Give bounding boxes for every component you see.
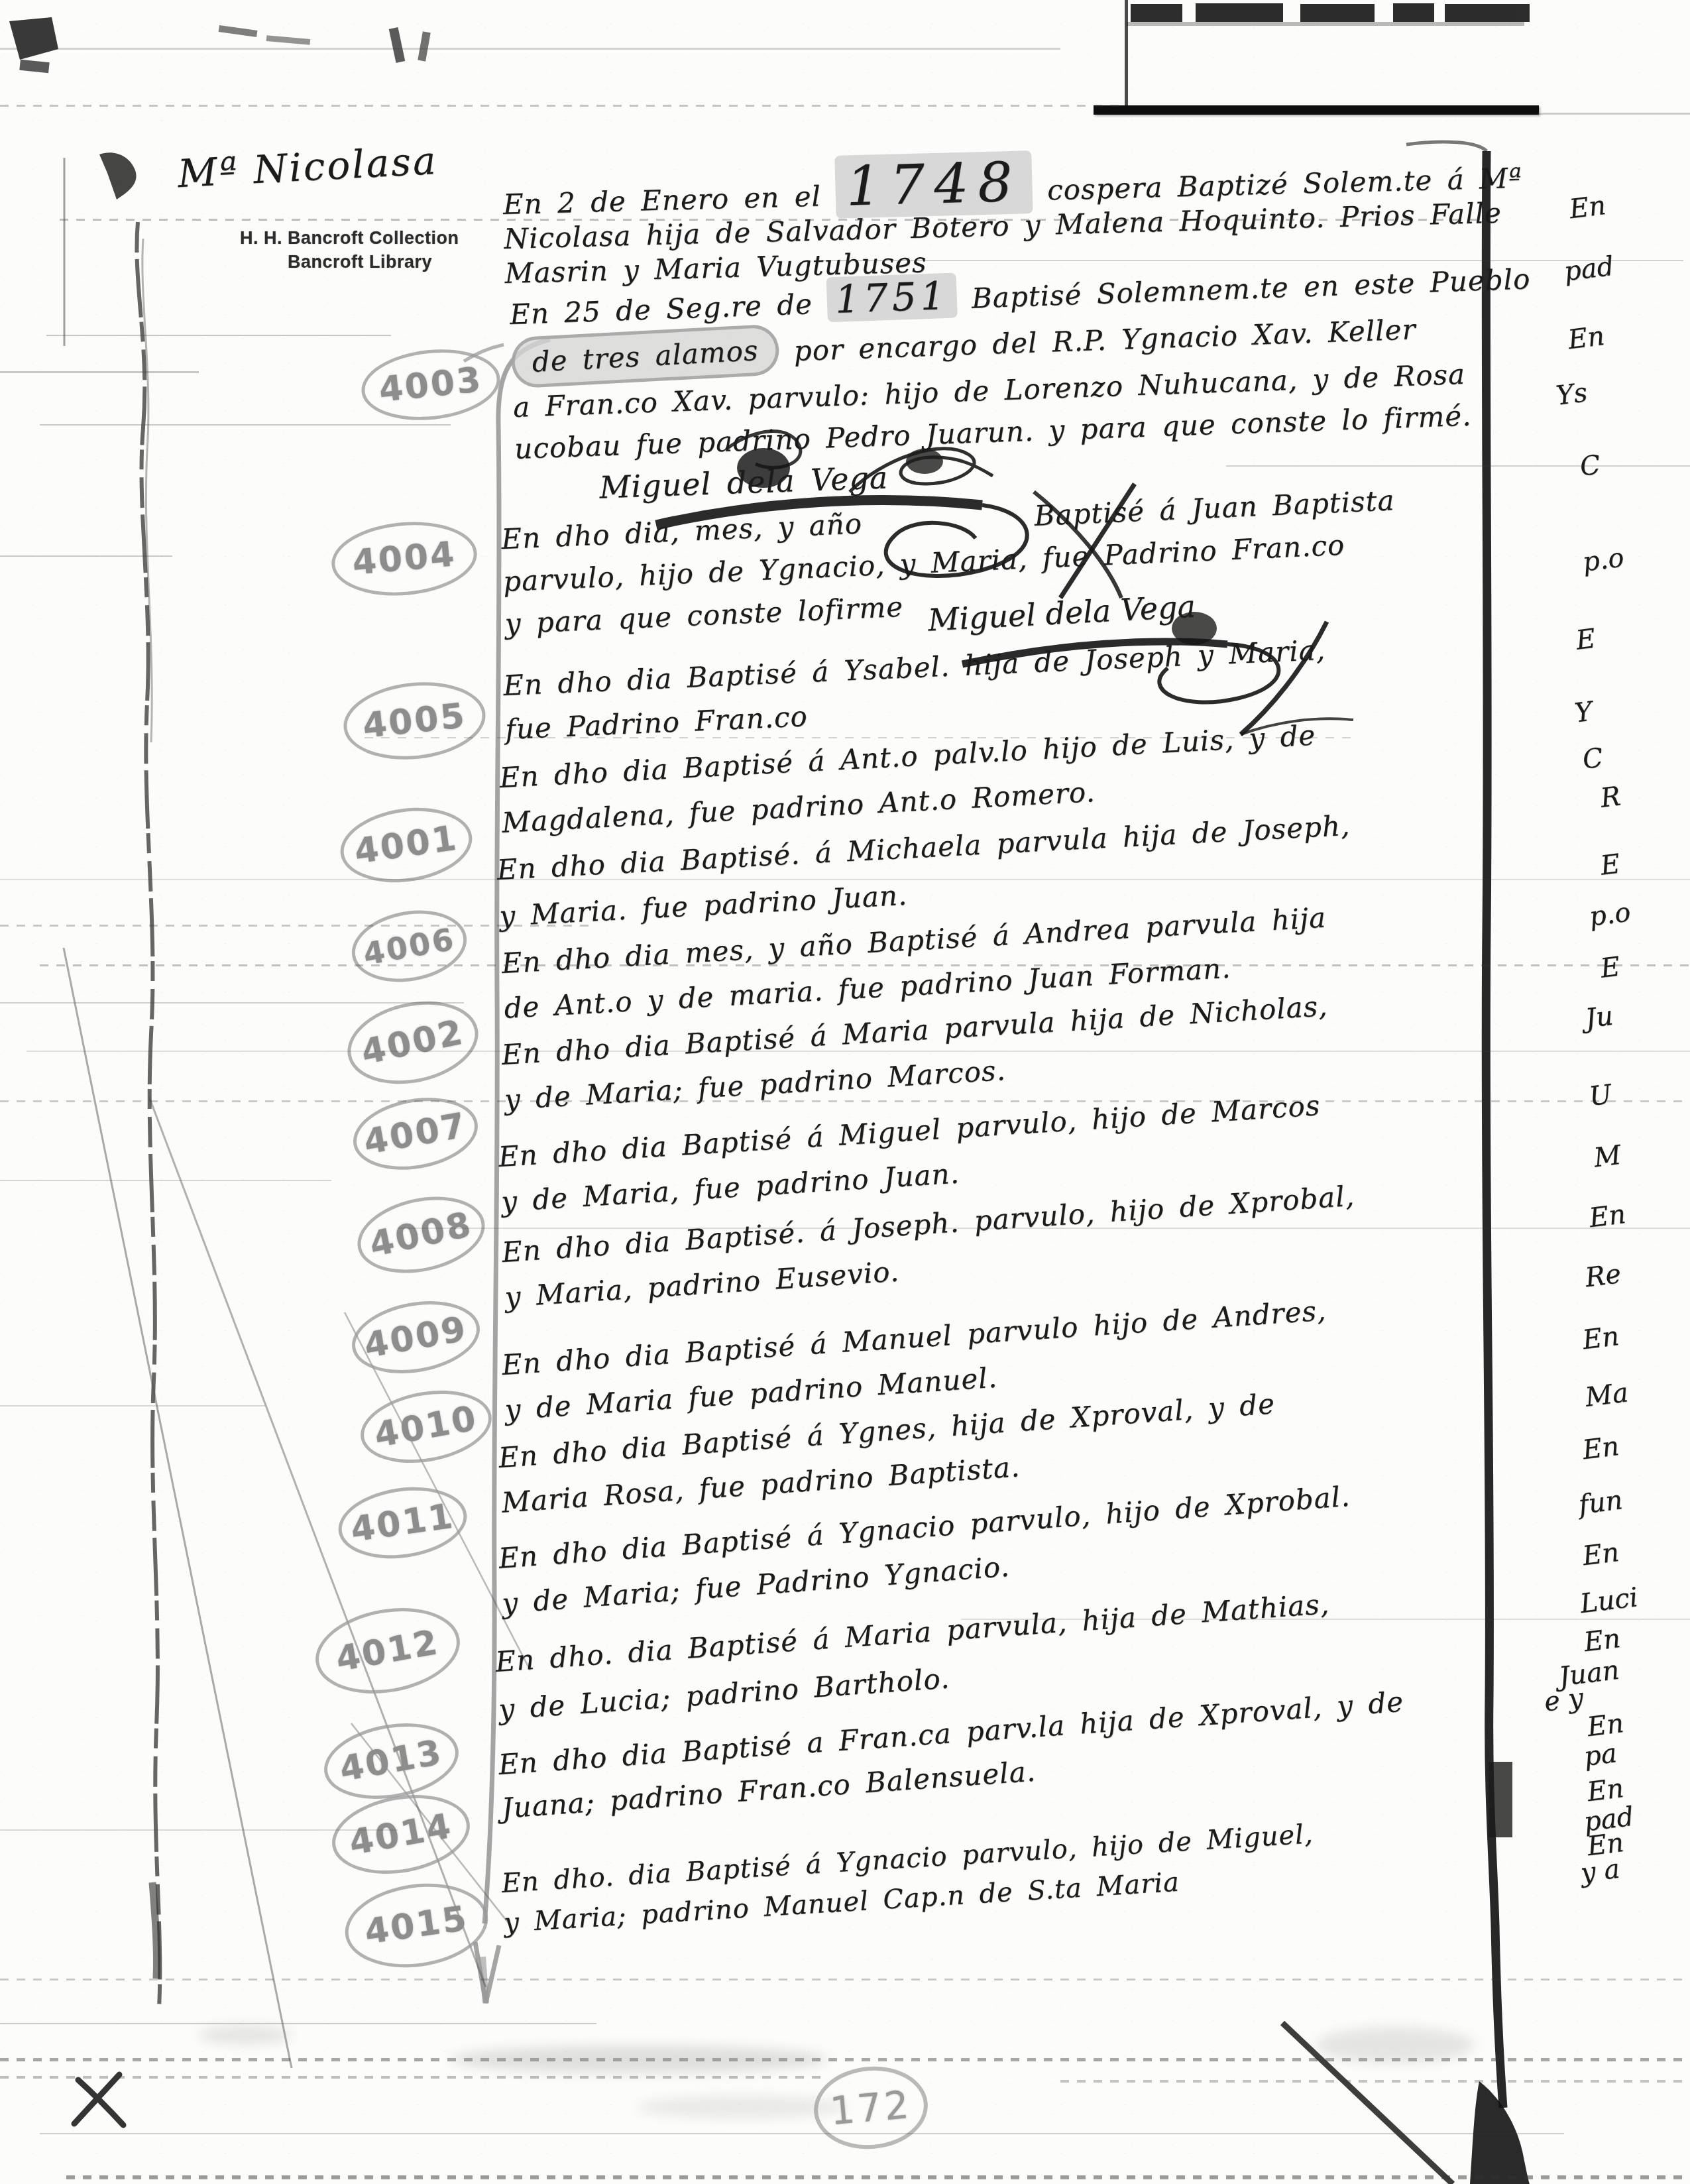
- scan-streak: [0, 48, 1060, 50]
- scan-streak: [1226, 465, 1690, 467]
- margin-number-label: 4004: [351, 534, 457, 583]
- margin-number-label: 4010: [372, 1398, 481, 1455]
- entry-4003: En 25 de Seg.re de 1751 Baptisé Solemnem…: [509, 255, 1538, 512]
- scan-streak: [0, 1829, 398, 1831]
- margin-number-4008: 4008: [351, 1186, 492, 1284]
- facing-page-fragment: Ys: [1554, 377, 1589, 411]
- facing-page-fragment: pa: [1582, 1738, 1618, 1772]
- margin-number-label: 4008: [366, 1204, 477, 1265]
- margin-number-label: 4005: [361, 695, 468, 746]
- facing-page-fragment: En: [1567, 190, 1607, 225]
- facing-page-fragment: R: [1599, 781, 1622, 813]
- facing-page-fragment: E: [1599, 848, 1622, 881]
- facing-page-fragment: Y: [1573, 697, 1594, 729]
- x-mark: [74, 2075, 123, 2125]
- facing-page-fragment: En: [1581, 1321, 1620, 1355]
- facing-page-fragment: En: [1581, 1431, 1620, 1466]
- scan-streak: [0, 2076, 828, 2079]
- facing-page-fragment: E: [1599, 951, 1622, 984]
- facing-page-fragment: En: [1581, 1537, 1620, 1572]
- scan-streak: [40, 964, 1690, 966]
- margin-number-4011: 4011: [334, 1479, 472, 1566]
- facing-page-fragment: E: [1574, 623, 1597, 656]
- facing-page-fragment: e y: [1542, 1683, 1585, 1718]
- margin-number-label: 4001: [352, 818, 461, 872]
- margin-number-4004: 4004: [329, 516, 480, 602]
- facing-page-fragment: Ju: [1583, 1001, 1614, 1035]
- year-1751-highlight: 1751: [826, 272, 958, 322]
- stamp-border-bottom: [1094, 105, 1539, 115]
- margin-number-4003: 4003: [358, 343, 504, 426]
- copyright-stamp: CALIFORNIA, BERKELEY, CALIF TO REPRODUCE…: [1125, 0, 1536, 106]
- scan-streak: [60, 219, 1485, 221]
- scan-streak: [40, 2133, 1564, 2134]
- document-page: CALIFORNIA, BERKELEY, CALIF TO REPRODUCE…: [0, 0, 1690, 2184]
- facing-page-fragment: En: [1566, 321, 1606, 355]
- facing-page-fragment: En: [1582, 1623, 1622, 1658]
- pencil-smudge: [1316, 2027, 1475, 2063]
- scan-streak: [40, 424, 451, 426]
- margin-number-4002: 4002: [340, 990, 486, 1096]
- scan-streak: [0, 2023, 596, 2024]
- scan-streak: [0, 105, 1127, 107]
- facing-page-fragment: Re: [1583, 1259, 1622, 1293]
- facing-page-fragment: U: [1587, 1079, 1613, 1112]
- scan-streak: [0, 925, 596, 927]
- facing-page-fragment: Luci: [1579, 1582, 1640, 1619]
- margin-number-4010: 4010: [355, 1381, 497, 1472]
- margin-number-4015: 4015: [339, 1875, 493, 1977]
- pencil-smudge: [451, 2045, 828, 2073]
- left-crease: [137, 222, 160, 2008]
- collection-stamp-line: H. H. Bancroft Collection: [240, 228, 459, 249]
- scan-streak: [0, 555, 172, 557]
- margin-number-label: 4011: [349, 1496, 457, 1550]
- facing-page-fragment: p.o: [1587, 897, 1632, 932]
- facing-page-fragment: M: [1592, 1140, 1622, 1174]
- margin-number-4014: 4014: [326, 1785, 477, 1884]
- margin-number-label: 4015: [363, 1898, 471, 1952]
- margin-number-4012: 4012: [309, 1597, 467, 1704]
- margin-number-label: 4013: [337, 1733, 446, 1790]
- facing-page-fragment: C: [1581, 742, 1605, 775]
- margin-number-label: 4009: [361, 1308, 471, 1365]
- scan-streak: [0, 1180, 331, 1181]
- scan-streak: [46, 335, 391, 336]
- scan-streak: [0, 1100, 1690, 1102]
- facing-page-fragment: Ma: [1583, 1377, 1630, 1413]
- facing-page-fragment: En: [1585, 1708, 1625, 1743]
- scan-streak: [0, 1002, 464, 1004]
- facing-page-fragment: pad: [1562, 251, 1615, 288]
- margin-number-label: 4002: [358, 1012, 468, 1072]
- margin-number-4006: 4006: [346, 902, 473, 991]
- margin-number-4005: 4005: [340, 675, 490, 766]
- margin-number-label: 4014: [347, 1806, 456, 1863]
- scan-streak: [961, 1619, 1690, 1620]
- scan-streak: [66, 2175, 1690, 2179]
- margin-number-4013: 4013: [318, 1713, 465, 1809]
- scan-streak: [822, 260, 1683, 261]
- scan-streak: [27, 1051, 1690, 1052]
- scan-streak: [0, 879, 1690, 880]
- scan-streak: [1538, 113, 1690, 115]
- facing-page-fragment: fun: [1577, 1485, 1624, 1521]
- margin-number-label: 4003: [377, 359, 484, 410]
- margin-number-4009: 4009: [346, 1292, 485, 1383]
- scan-streak: [1060, 2080, 1690, 2083]
- margin-number-label: 4012: [333, 1622, 443, 1679]
- facing-page-fragment: y a: [1579, 1854, 1621, 1889]
- pencil-smudge: [636, 2096, 848, 2118]
- scan-streak: [365, 737, 1359, 738]
- pencil-smudge: [199, 2025, 292, 2045]
- owner-name: Mª Nicolasa: [176, 138, 439, 196]
- scan-streak: [398, 1228, 1690, 1229]
- scan-streak: [0, 1979, 1690, 1981]
- margin-number-label: 4007: [361, 1105, 471, 1162]
- rubric-gap: [863, 526, 1035, 533]
- margin-number-4001: 4001: [335, 800, 477, 891]
- scan-streak: [0, 371, 199, 373]
- collection-stamp-line: Bancroft Library: [288, 252, 432, 272]
- facing-page-fragment: p.o: [1581, 542, 1626, 577]
- scan-streak: [0, 1405, 265, 1407]
- entry-4015: En dho. dia Baptisé á Ygnacio parvulo, h…: [500, 1814, 1317, 1943]
